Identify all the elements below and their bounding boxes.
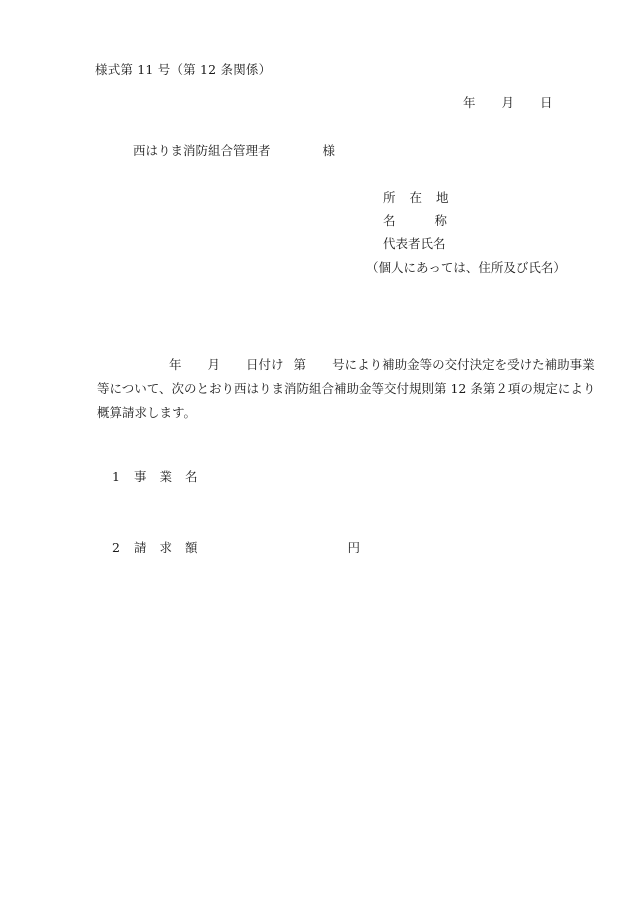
item-project-name: 1事業名 bbox=[112, 471, 198, 484]
addressee-name: 西はりま消防組合管理者 bbox=[133, 143, 271, 158]
body-line-1: 年月日付け第号により補助金等の交付決定を受けた補助事業 bbox=[97, 353, 575, 377]
body-line-3: 概算請求します。 bbox=[97, 401, 575, 425]
request-body-paragraph: 年月日付け第号により補助金等の交付決定を受けた補助事業 等について、次のとおり西… bbox=[97, 353, 575, 425]
item-number: 1 bbox=[112, 471, 134, 484]
body-line-2: 等について、次のとおり西はりま消防組合補助金等交付規則第 12 条第２項の規定に… bbox=[97, 377, 575, 401]
item-number: 2 bbox=[112, 542, 134, 555]
currency-unit: 円 bbox=[348, 542, 361, 555]
item-request-amount: 2請求額円 bbox=[112, 542, 360, 555]
date-month-label: 月 bbox=[502, 97, 515, 110]
addressee-honorific: 様 bbox=[323, 143, 336, 158]
form-number: 様式第 11 号（第 12 条関係） bbox=[95, 64, 271, 77]
date-line: 年月日 bbox=[463, 97, 553, 110]
date-day-label: 日 bbox=[540, 97, 553, 110]
applicant-representative-label: 代表者氏名 bbox=[383, 238, 446, 251]
applicant-note: （個人にあっては、住所及び氏名） bbox=[366, 262, 566, 275]
addressee: 西はりま消防組合管理者様 bbox=[133, 145, 335, 158]
applicant-address-label: 所在地 bbox=[383, 192, 449, 205]
applicant-name-label: 名称 bbox=[383, 215, 447, 228]
date-year-label: 年 bbox=[463, 97, 476, 110]
